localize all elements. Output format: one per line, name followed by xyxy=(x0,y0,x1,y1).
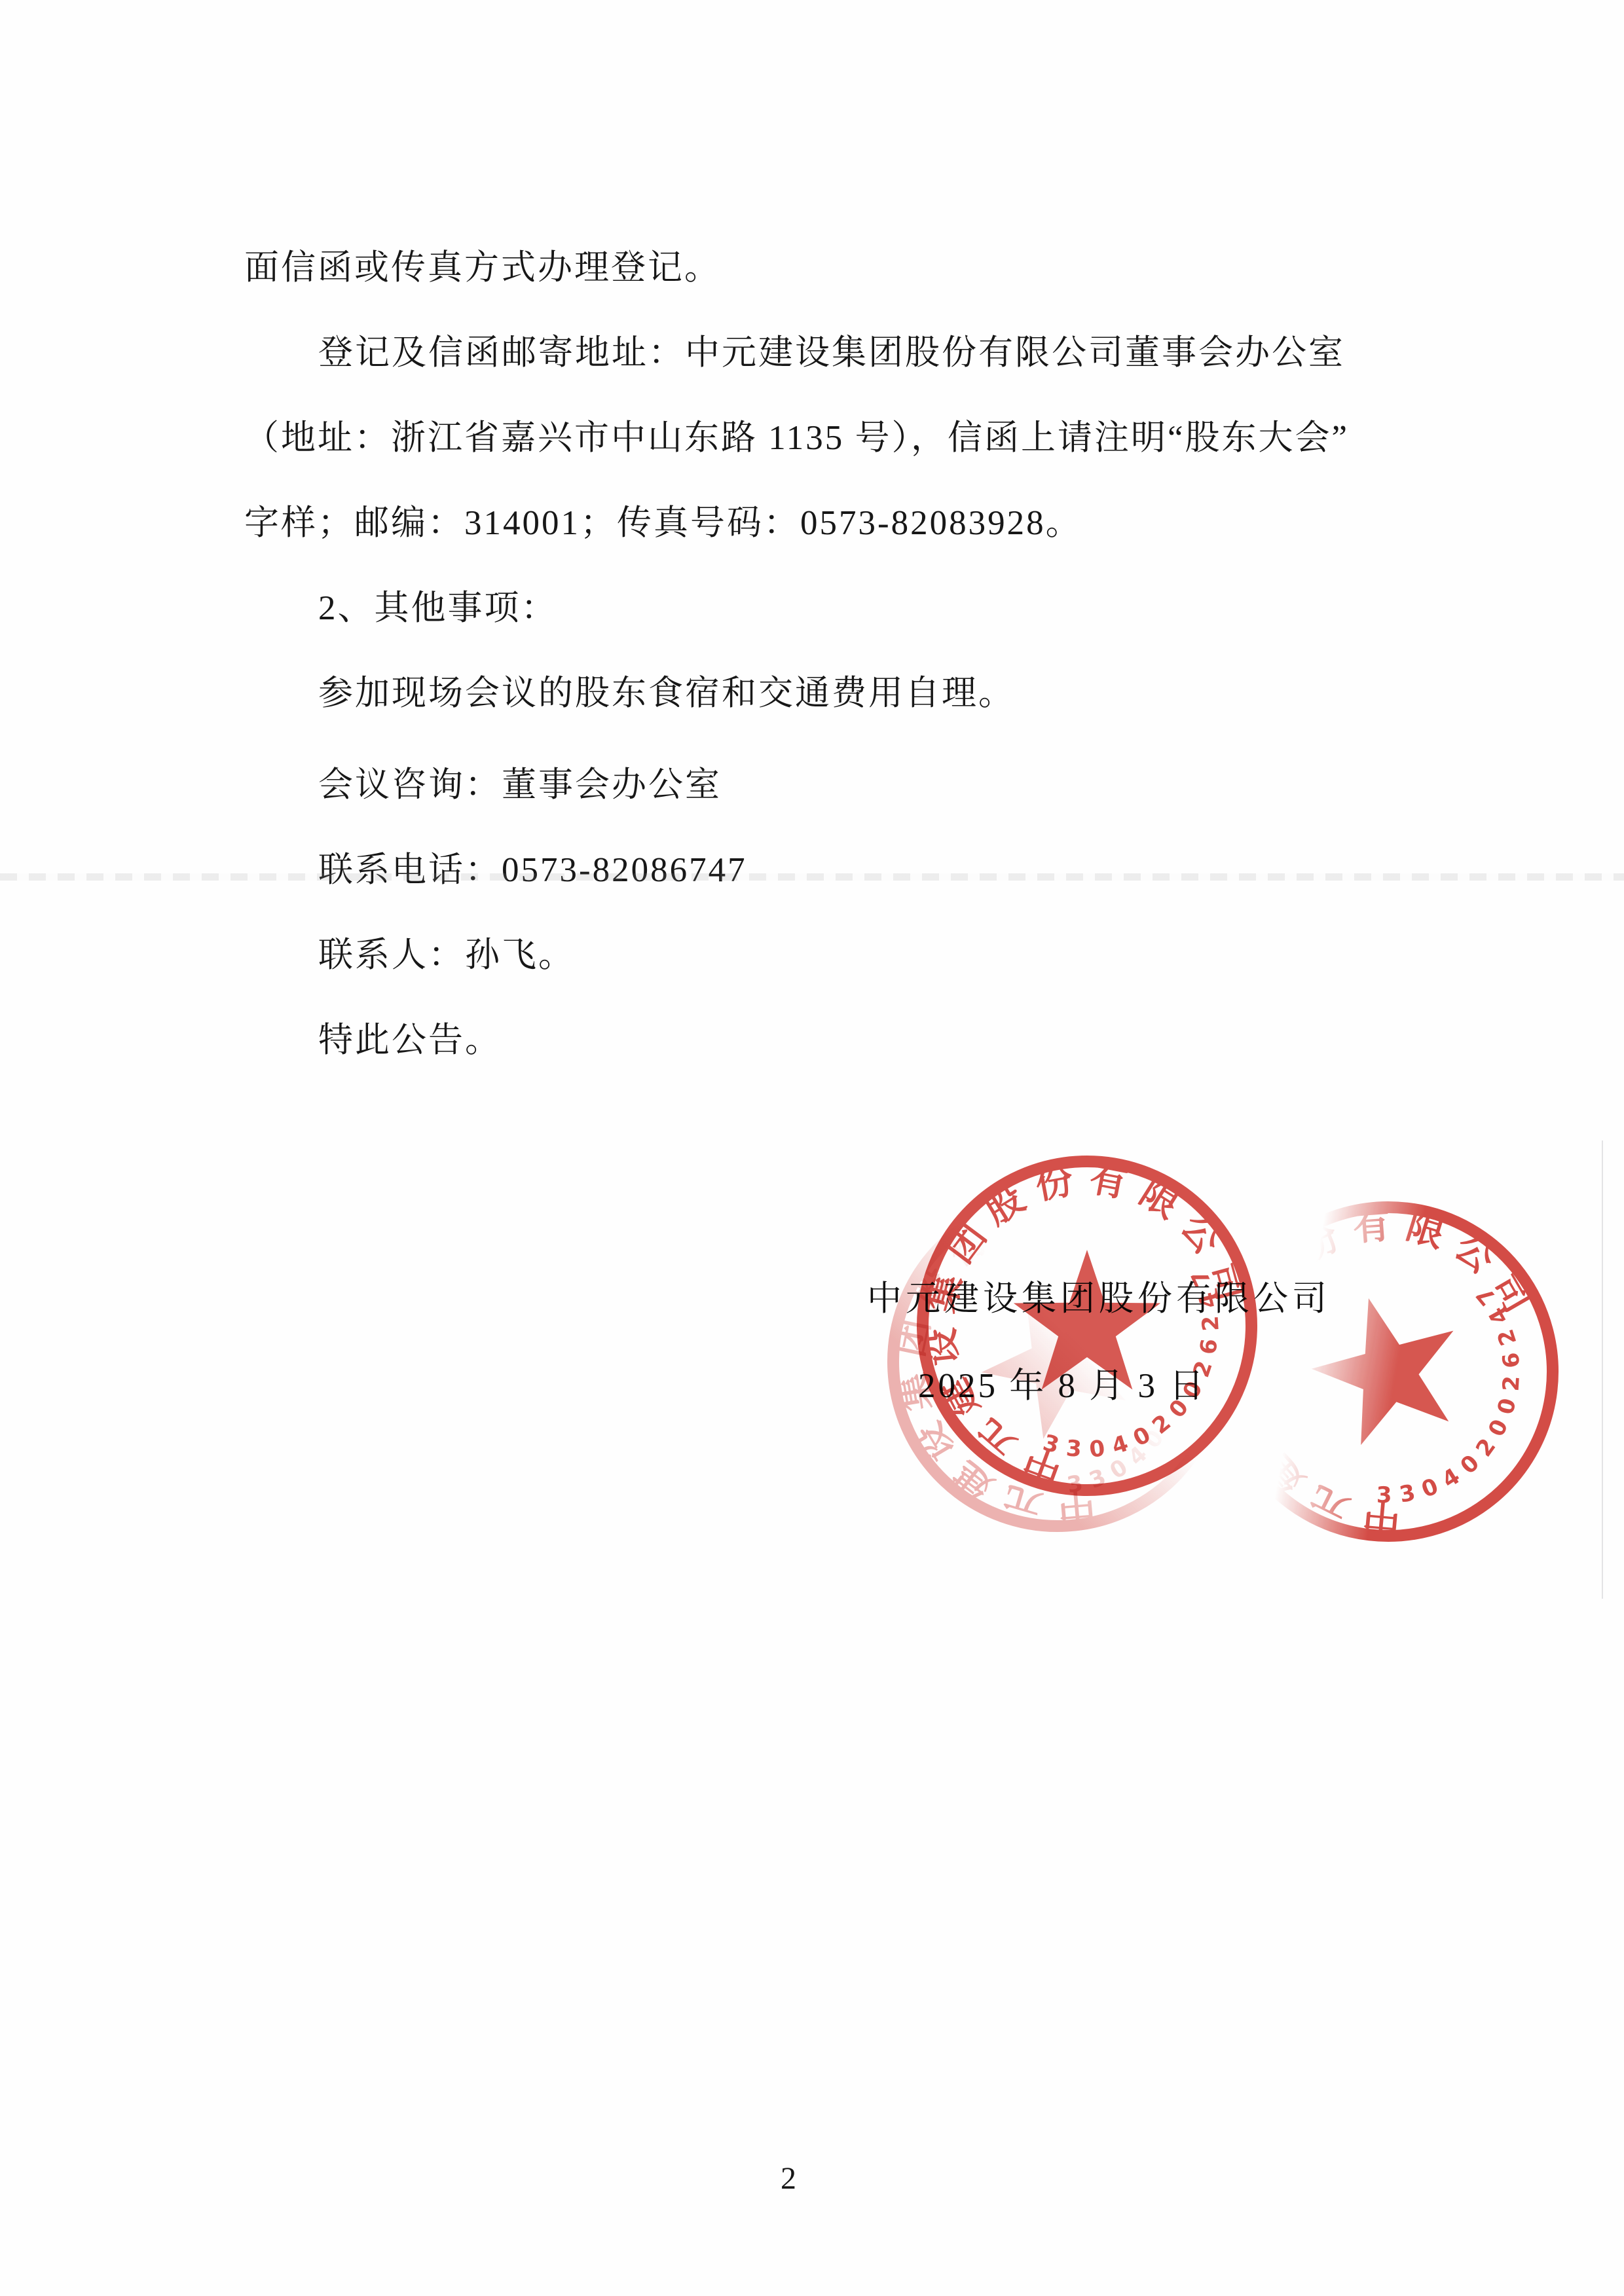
seal-body: 中元建设集团股份有限公司 3304020026247 xyxy=(910,1149,1264,1503)
seal-graphic: 中元建设集团股份有限公司 3304020026247 xyxy=(910,1149,1264,1503)
seal-ring xyxy=(923,1161,1251,1490)
body-line: 2、其他事项： xyxy=(318,580,558,630)
scan-streak-band xyxy=(0,873,1624,881)
body-line: 联系电话：0573-82086747 xyxy=(318,842,747,892)
signature-company: 中元建设集团股份有限公司 xyxy=(867,1271,1331,1321)
announcement-page: 面信函或传真方式办理登记。 登记及信函邮寄地址：中元建设集团股份有限公司董事会办… xyxy=(0,0,1624,2296)
body-line: 字样；邮编：314001；传真号码：0573-82083928。 xyxy=(244,495,1082,545)
body-line: 会议咨询：董事会办公室 xyxy=(318,757,722,807)
signature-date: 2025 年 8 月 3 日 xyxy=(918,1358,1206,1408)
page-number: 2 xyxy=(781,2160,796,2196)
body-line: 联系人：孙飞。 xyxy=(318,927,575,977)
body-line: 登记及信函邮寄地址：中元建设集团股份有限公司董事会办公室 xyxy=(318,325,1345,374)
seal-graphic: 中元建设集团股份有限公司 3304020026247 xyxy=(1172,1155,1604,1588)
body-line: 面信函或传真方式办理登记。 xyxy=(244,240,721,289)
company-seal: 中元建设集团股份有限公司 3304020026247 xyxy=(910,1149,1264,1503)
seal-ring-text: 中元建设集团股份有限公司 xyxy=(1183,1166,1593,1574)
company-seal-edge: 中元建设集团股份有限公司 3304020026247 xyxy=(1211,1195,1565,1548)
seal-body: 中元建设集团股份有限公司 3304020026247 xyxy=(1172,1155,1604,1588)
body-line: 参加现场会议的股东食宿和交通费用自理。 xyxy=(318,665,1015,715)
body-line: （地址：浙江省嘉兴市中山东路 1135 号），信函上请注明“股东大会” xyxy=(244,410,1349,460)
seal-ring-text: 中元建设集团股份有限公司 xyxy=(919,1157,1254,1490)
scan-edge-line xyxy=(1602,1140,1603,1599)
seal-ring xyxy=(1187,1171,1590,1573)
body-line: 特此公告。 xyxy=(318,1012,502,1062)
seal-registration-code: 3304020026247 xyxy=(1325,1270,1557,1517)
